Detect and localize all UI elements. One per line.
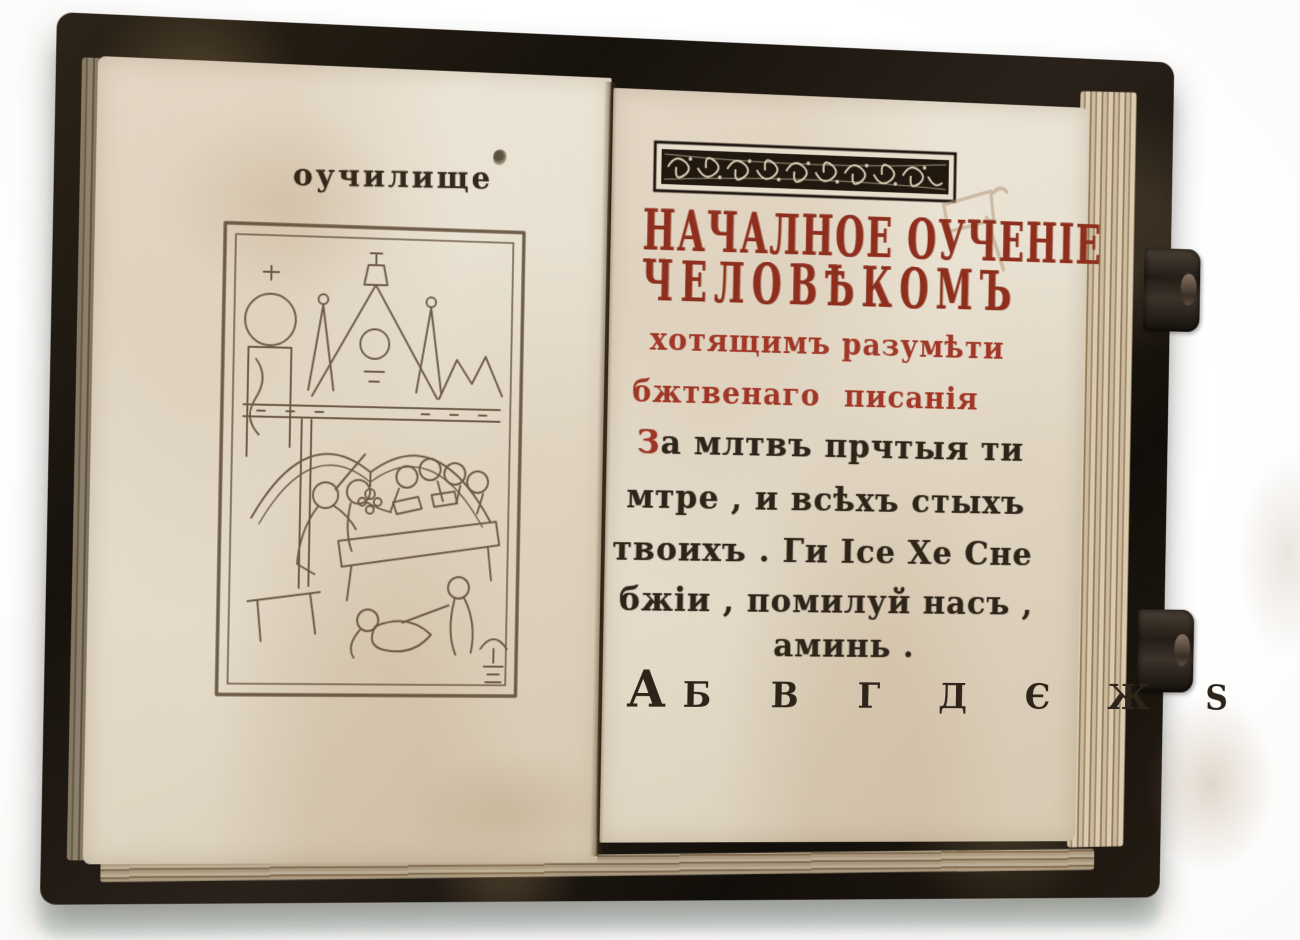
red-initial: З [636,423,661,462]
stain [405,749,616,877]
vyaz-line-2: ЧЕЛОВѢКОМЪ [641,255,1007,317]
text-line: бжіи , помилуй насъ , [619,580,1034,623]
text-line: мтре , и всѣхъ стыхъ [626,477,1026,522]
left-page-heading: оучилище [293,157,493,196]
text-line: бжтвенаго писанія [632,374,979,417]
text-line: За млтвъ прчтыя ти [636,423,1024,470]
text-line: хотящимъ разумѣти [650,322,1005,366]
vyaz-title: НАЧАЛНОЕ ОУЧЕНІЕ ЧЕЛОВѢКОМЪ [641,204,1008,317]
book-cover: оучилище [40,12,1174,905]
text-line: твоихъ . Ги Ісе Хе Сне [612,529,1033,574]
photo-background: оучилище [0,0,1300,940]
metal-clasp-top [1143,248,1200,332]
stain [1234,451,1300,658]
alphabet-letters: Б В Г Д Є Ж Ѕ [682,675,1250,718]
alphabet-row: АБ В Г Д Є Ж Ѕ [626,660,1251,722]
woodcut-school-scene [212,219,527,701]
ink-spot [493,149,507,165]
left-page: оучилище [83,56,612,864]
alphabet-initial: А [626,660,667,719]
right-page: НАЧАЛНОЕ ОУЧЕНІЕ ЧЕЛОВѢКОМЪ хотящимъ раз… [599,88,1088,843]
headpiece-ornament [653,140,958,203]
